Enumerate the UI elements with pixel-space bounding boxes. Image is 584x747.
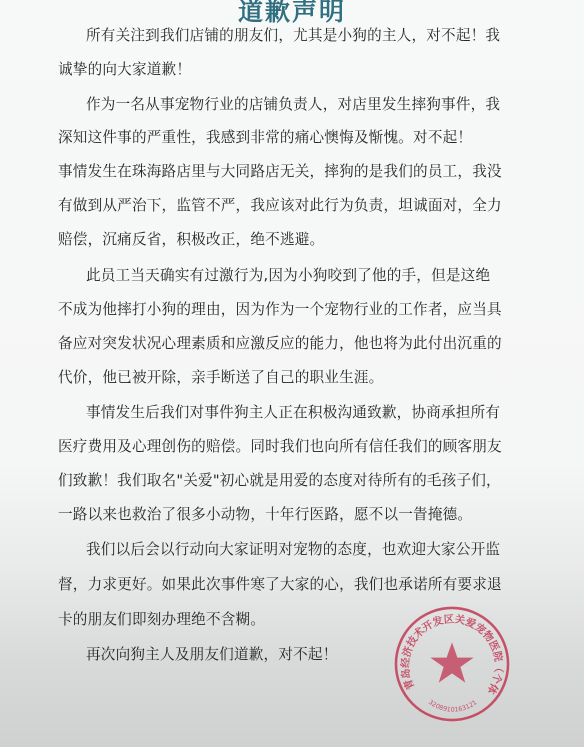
paragraph-line: 医疗费用及心理创伤的赔偿。同时我们也向所有信任我们的顾客朋友 [58, 435, 502, 456]
paragraph-line: 事情发生在珠海路店里与大同路店无关，摔狗的是我们的员工，我没 [58, 160, 502, 181]
paragraph-line: 们致歉！我们取名"关爱"初心就是用爱的态度对待所有的毛孩子们， [58, 469, 501, 490]
star-icon [430, 642, 473, 682]
paragraph-line: 备应对突发状况心理素质和应激反应的能力，他也将为此付出沉重的 [58, 332, 502, 353]
paragraph-line: 卡的朋友们即刻办理绝不含糊。 [58, 608, 265, 629]
paragraph-line: 有做到从严治下，监管不严，我应该对此行为负责，坦诚面对，全力 [58, 194, 502, 215]
paragraph-line: 一路以来也救治了很多小动物，十年行医路，愿不以一眚掩德。 [58, 503, 472, 524]
paragraph-line: 所有关注到我们店铺的朋友们，尤其是小狗的主人，对不起！我 [86, 24, 500, 45]
paragraph-line: 事情发生后我们对事件狗主人正在积极沟通致歉，协商承担所有 [86, 401, 500, 422]
paragraph-line: 督，力求更好。如果此次事件寒了大家的心，我们也承诺所有要求退 [58, 573, 502, 594]
paragraph-line: 此员工当天确实有过激行为,因为小狗咬到了他的手，但是这绝 [86, 264, 490, 285]
paragraph-line: 我们以后会以行动向大家证明对宠物的态度，也欢迎大家公开监 [86, 538, 500, 559]
stamp-number: 3208910163121 [427, 698, 478, 714]
svg-text:3208910163121: 3208910163121 [427, 698, 478, 714]
paragraph-line: 赔偿，沉痛反省，积极改正，绝不逃避。 [58, 228, 324, 249]
official-seal-stamp: 青岛经济技术开发区关爱宠物医院（个体工商户） 3208910163121 [393, 605, 511, 723]
paragraph-line: 作为一名从事宠物行业的店铺负责人，对店里发生摔狗事件，我 [86, 93, 500, 114]
paragraph-line: 深知这件事的严重性，我感到非常的痛心懊悔及惭愧。对不起！ [58, 126, 472, 147]
paragraph-line: 诚挚的向大家道歉！ [58, 58, 191, 79]
paragraph-line: 代价，他已被开除，亲手断送了自己的职业生涯。 [58, 366, 383, 387]
paragraph-line: 再次向狗主人及朋友们道歉，对不起！ [86, 643, 338, 664]
paragraph-line: 不成为他摔打小狗的理由，因为作为一个宠物行业的工作者，应当具 [58, 298, 502, 319]
